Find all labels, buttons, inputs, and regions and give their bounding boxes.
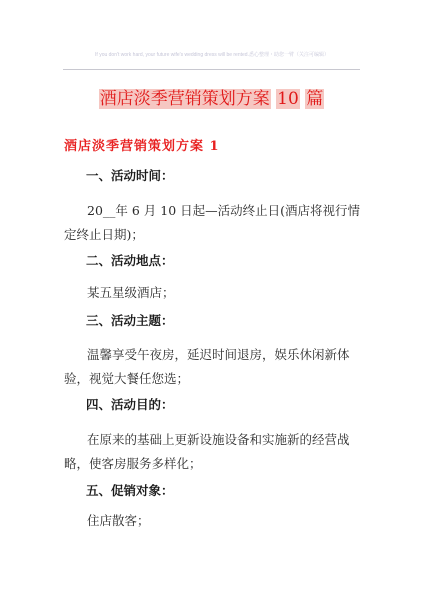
header-watermark: If you don't work hard, your future wife… xyxy=(62,51,362,58)
document-page: If you don't work hard, your future wife… xyxy=(0,0,423,600)
para-activity-purpose: 在原来的基础上更新设施设备和实施新的经营战略，使客房服务多样化； xyxy=(64,428,364,476)
header-divider xyxy=(63,69,360,70)
document-title: 酒店淡季营销策划方案 10 篇 xyxy=(0,88,423,110)
para-activity-location: 某五星级酒店； xyxy=(64,281,364,305)
heading-activity-time: 一、活动时间： xyxy=(86,166,174,184)
heading-promotion-target: 五、促销对象： xyxy=(86,481,174,499)
heading-activity-theme: 三、活动主题： xyxy=(86,311,174,329)
heading-activity-location: 二、活动地点： xyxy=(86,251,174,269)
para-promotion-target: 住店散客； xyxy=(64,509,364,533)
title-text: 酒店淡季营销策划方案 xyxy=(99,89,271,109)
title-suffix: 篇 xyxy=(305,89,324,109)
heading-activity-purpose: 四、活动目的： xyxy=(86,395,174,413)
para-activity-time: 20__年 6 月 10 日起—活动终止日(酒店将视行情定终止日期)； xyxy=(64,199,364,247)
title-number: 10 xyxy=(276,89,300,109)
para-activity-theme: 温馨享受午夜房，延迟时间退房，娱乐休闲新体验，视觉大餐任您选； xyxy=(64,343,364,391)
section-title: 酒店淡季营销策划方案 1 xyxy=(64,135,220,154)
